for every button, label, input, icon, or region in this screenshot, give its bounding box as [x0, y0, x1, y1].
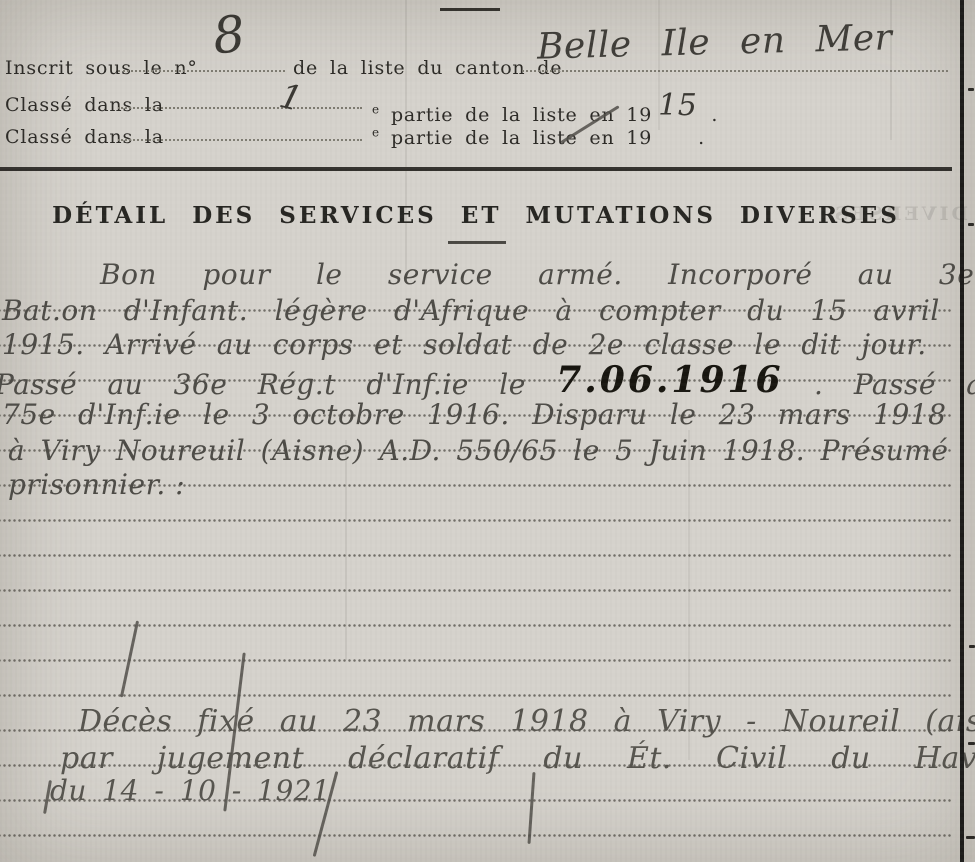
paper-crease-1: [405, 0, 407, 270]
service-record-line-3: 1915. Arrivé au corps et soldat de 2e cl…: [2, 331, 927, 359]
classe-2-suffix: e partie de la liste en 19.: [372, 126, 705, 149]
classe-2-label: Classé dans la: [5, 126, 164, 148]
period-2: .: [698, 127, 705, 149]
top-rule-mark: [440, 8, 500, 11]
column-rule: [960, 0, 964, 862]
military-record-card-scan: Inscrit sous le n° 8 de la liste du cant…: [0, 0, 975, 862]
part-dotted-line: [118, 107, 362, 109]
title-underline: [448, 241, 506, 244]
service-record-line-7: prisonnier. :: [8, 471, 185, 499]
year-value: 15: [658, 88, 697, 123]
margin-mark-5: [966, 836, 975, 839]
service-record-line-5: 75e d'Inf.ie le 3 octobre 1916. Disparu …: [2, 401, 946, 429]
service-record-line-2: Bat.on d'Infant. légère d'Afrique à comp…: [2, 297, 940, 325]
service-record-line-4-before: Passé au 36e Rég.t d'Inf.ie le: [0, 368, 526, 401]
death-record-line-3: du 14 - 10 - 1921: [50, 774, 330, 807]
service-record-line-4: Passé au 36e Rég.t d'Inf.ie le 7.06.1916…: [0, 364, 975, 400]
number-dotted-line: [118, 70, 285, 72]
paper-crease-2: [658, 0, 660, 130]
part-dotted-line-2: [118, 139, 362, 141]
partie-liste-label-2: partie de la liste en 19: [379, 127, 652, 149]
registration-number-value: 8: [210, 4, 248, 65]
margin-mark-3: [969, 645, 975, 648]
bleedthrough-ghost-text: DIVERSES: [828, 203, 968, 225]
service-record-line-1: Bon pour le service armé. Incorporé au 3…: [100, 261, 974, 289]
service-transfer-date-value: 7.06.1916: [556, 359, 783, 401]
canton-dotted-line: [522, 70, 948, 72]
classe-1-label: Classé dans la: [5, 94, 164, 116]
inscrit-label: Inscrit sous le n°: [5, 57, 198, 79]
margin-mark-2: [968, 223, 974, 226]
canton-value: Belle Ile en Mer: [537, 17, 893, 67]
canton-label: de la liste du canton de: [293, 57, 562, 79]
classe-1-suffix: e partie de la liste en 1915.: [372, 94, 718, 129]
paper-crease-4: [688, 430, 690, 760]
margin-mark-1: [968, 88, 974, 91]
section-divider-rule: [0, 167, 952, 171]
paper-crease-5: [345, 440, 347, 660]
service-record-line-6: à Viry Noureuil (Aisne) A.D. 550/65 le 5…: [8, 437, 948, 465]
section-title: DÉTAIL DES SERVICES ET MUTATIONS DIVERSE…: [0, 202, 952, 229]
death-record-line-1: Décès fixé au 23 mars 1918 à Viry - Nour…: [78, 704, 975, 739]
paper-crease-3: [890, 0, 892, 140]
death-record-line-2: par jugement déclaratif du Ét. Civil du …: [60, 741, 975, 776]
partie-liste-label-1: partie de la liste en 19: [379, 104, 652, 126]
list-part-value: 1: [275, 76, 306, 120]
margin-mark-4: [968, 742, 975, 745]
service-record-line-4-after: . Passé au: [814, 368, 975, 401]
period-1: .: [711, 104, 718, 126]
